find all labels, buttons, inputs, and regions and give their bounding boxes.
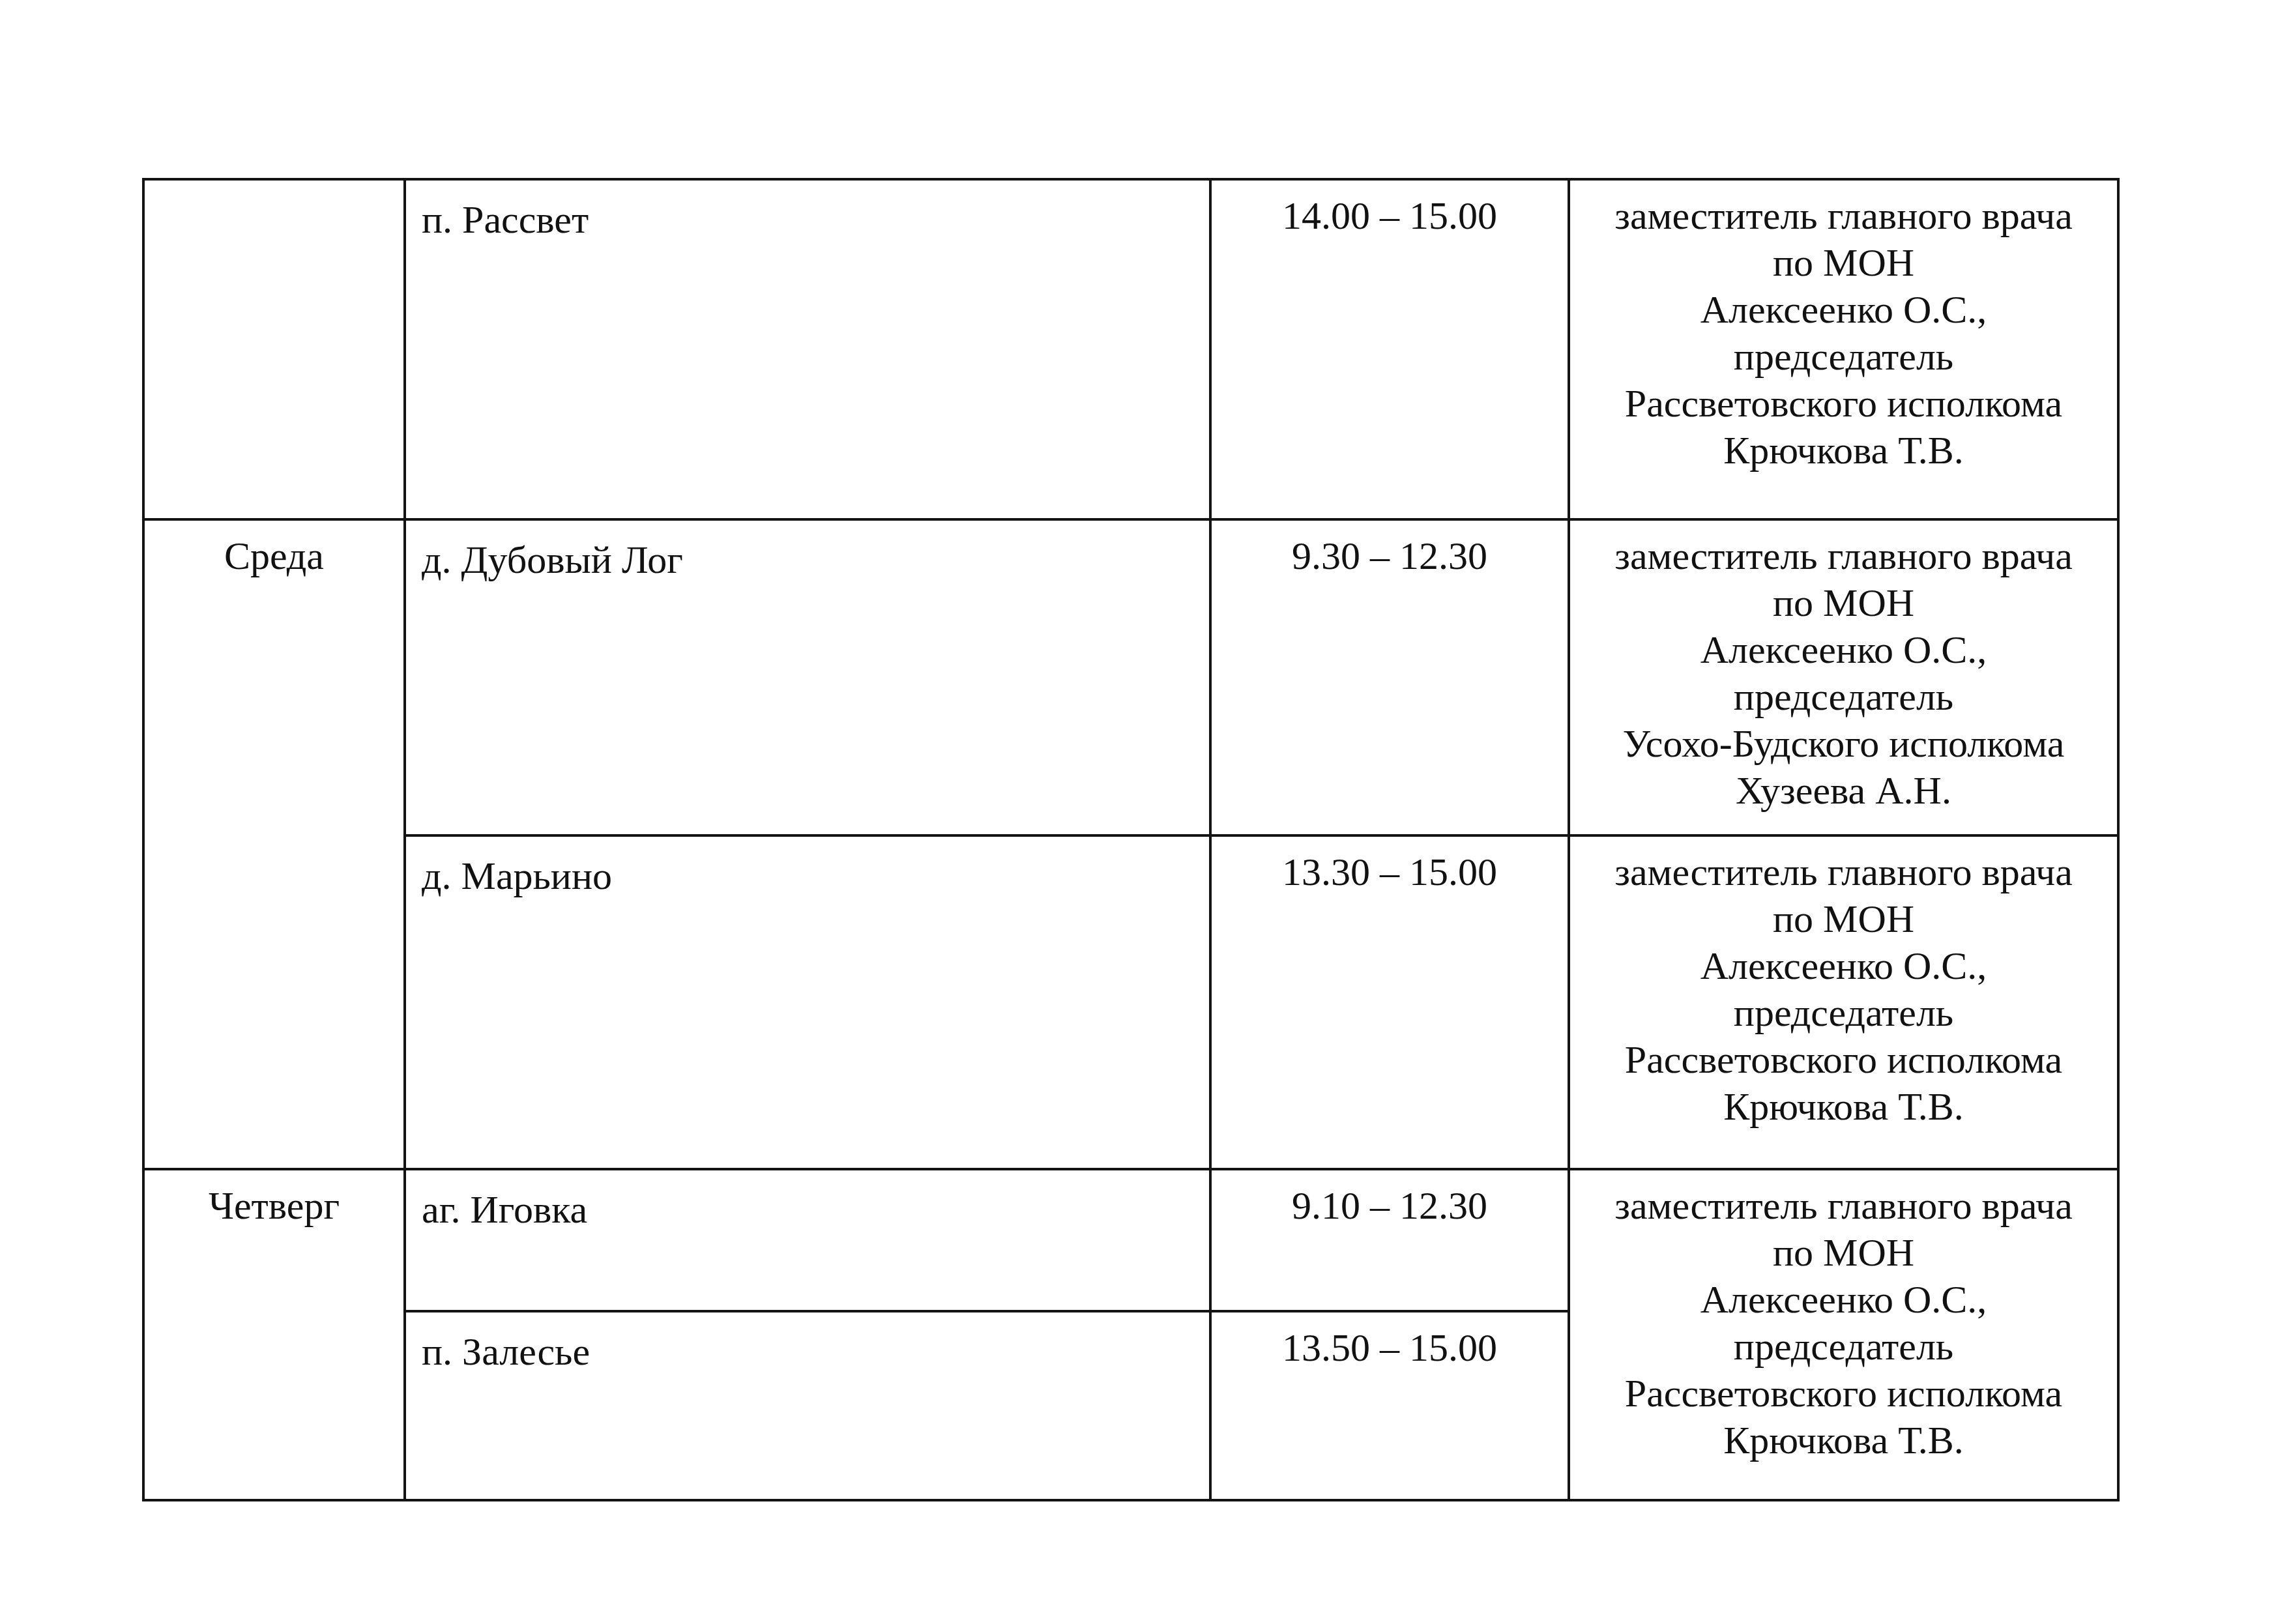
table-border-left: [142, 178, 145, 1501]
location-cell: п. Рассвет: [406, 181, 1209, 243]
responsible-cell: заместитель главного врача по МОН Алексе…: [1570, 1170, 2117, 1464]
responsible-line: Хузеева А.Н.: [1570, 767, 2117, 814]
responsible-line: по МОН: [1570, 1229, 2117, 1276]
time-label: 9.10 – 12.30: [1212, 1182, 1568, 1229]
responsible-line: заместитель главного врача: [1570, 848, 2117, 895]
responsible-line: председатель: [1570, 333, 2117, 380]
day-cell: Среда: [145, 521, 403, 579]
responsible-line: Алексеенко О.С.,: [1570, 286, 2117, 333]
time-label: 14.00 – 15.00: [1212, 192, 1568, 239]
time-cell: 13.50 – 15.00: [1212, 1312, 1568, 1371]
responsible-line: Алексеенко О.С.,: [1570, 942, 2117, 989]
responsible-line: председатель: [1570, 989, 2117, 1036]
time-cell: 13.30 – 15.00: [1212, 837, 1568, 895]
location-label: п. Залесье: [422, 1328, 1209, 1375]
responsible-line: по МОН: [1570, 579, 2117, 626]
responsible-cell: заместитель главного врача по МОН Алексе…: [1570, 837, 2117, 1130]
responsible-line: Крючкова Т.В.: [1570, 1083, 2117, 1130]
table-border-bottom: [142, 1499, 2120, 1501]
responsible-line: заместитель главного врача: [1570, 1182, 2117, 1229]
day-label: Четверг: [145, 1182, 403, 1229]
location-cell: д. Марьино: [406, 837, 1209, 899]
table-border-right: [2117, 178, 2120, 1501]
responsible-line: Усохо-Будского исполкома: [1570, 720, 2117, 767]
responsible-line: Рассветовского исполкома: [1570, 380, 2117, 427]
location-label: п. Рассвет: [422, 196, 1209, 243]
responsible-line: Крючкова Т.В.: [1570, 427, 2117, 474]
time-cell: 9.10 – 12.30: [1212, 1170, 1568, 1229]
responsible-line: Крючкова Т.В.: [1570, 1417, 2117, 1464]
location-cell: аг. Иговка: [406, 1170, 1209, 1233]
location-cell: п. Залесье: [406, 1312, 1209, 1375]
day-cell: [145, 181, 403, 192]
responsible-cell: заместитель главного врача по МОН Алексе…: [1570, 521, 2117, 814]
day-label: Среда: [145, 532, 403, 579]
location-cell: д. Дубовый Лог: [406, 521, 1209, 583]
document-page: п. Рассвет 14.00 – 15.00 заместитель гла…: [0, 0, 2291, 1624]
time-label: 13.50 – 15.00: [1212, 1324, 1568, 1371]
time-cell: 14.00 – 15.00: [1212, 181, 1568, 239]
responsible-line: по МОН: [1570, 239, 2117, 286]
responsible-line: председатель: [1570, 1323, 2117, 1370]
location-label: аг. Иговка: [422, 1186, 1209, 1233]
location-label: д. Марьино: [422, 852, 1209, 899]
responsible-line: Алексеенко О.С.,: [1570, 626, 2117, 673]
responsible-line: Рассветовского исполкома: [1570, 1370, 2117, 1417]
time-label: 9.30 – 12.30: [1212, 532, 1568, 579]
responsible-cell: заместитель главного врача по МОН Алексе…: [1570, 181, 2117, 474]
responsible-line: Рассветовского исполкома: [1570, 1036, 2117, 1083]
day-cell: Четверг: [145, 1170, 403, 1229]
responsible-line: заместитель главного врача: [1570, 532, 2117, 579]
responsible-line: по МОН: [1570, 895, 2117, 942]
time-cell: 9.30 – 12.30: [1212, 521, 1568, 579]
responsible-line: заместитель главного врача: [1570, 192, 2117, 239]
responsible-line: председатель: [1570, 673, 2117, 720]
location-label: д. Дубовый Лог: [422, 536, 1209, 583]
time-label: 13.30 – 15.00: [1212, 848, 1568, 895]
responsible-line: Алексеенко О.С.,: [1570, 1276, 2117, 1323]
